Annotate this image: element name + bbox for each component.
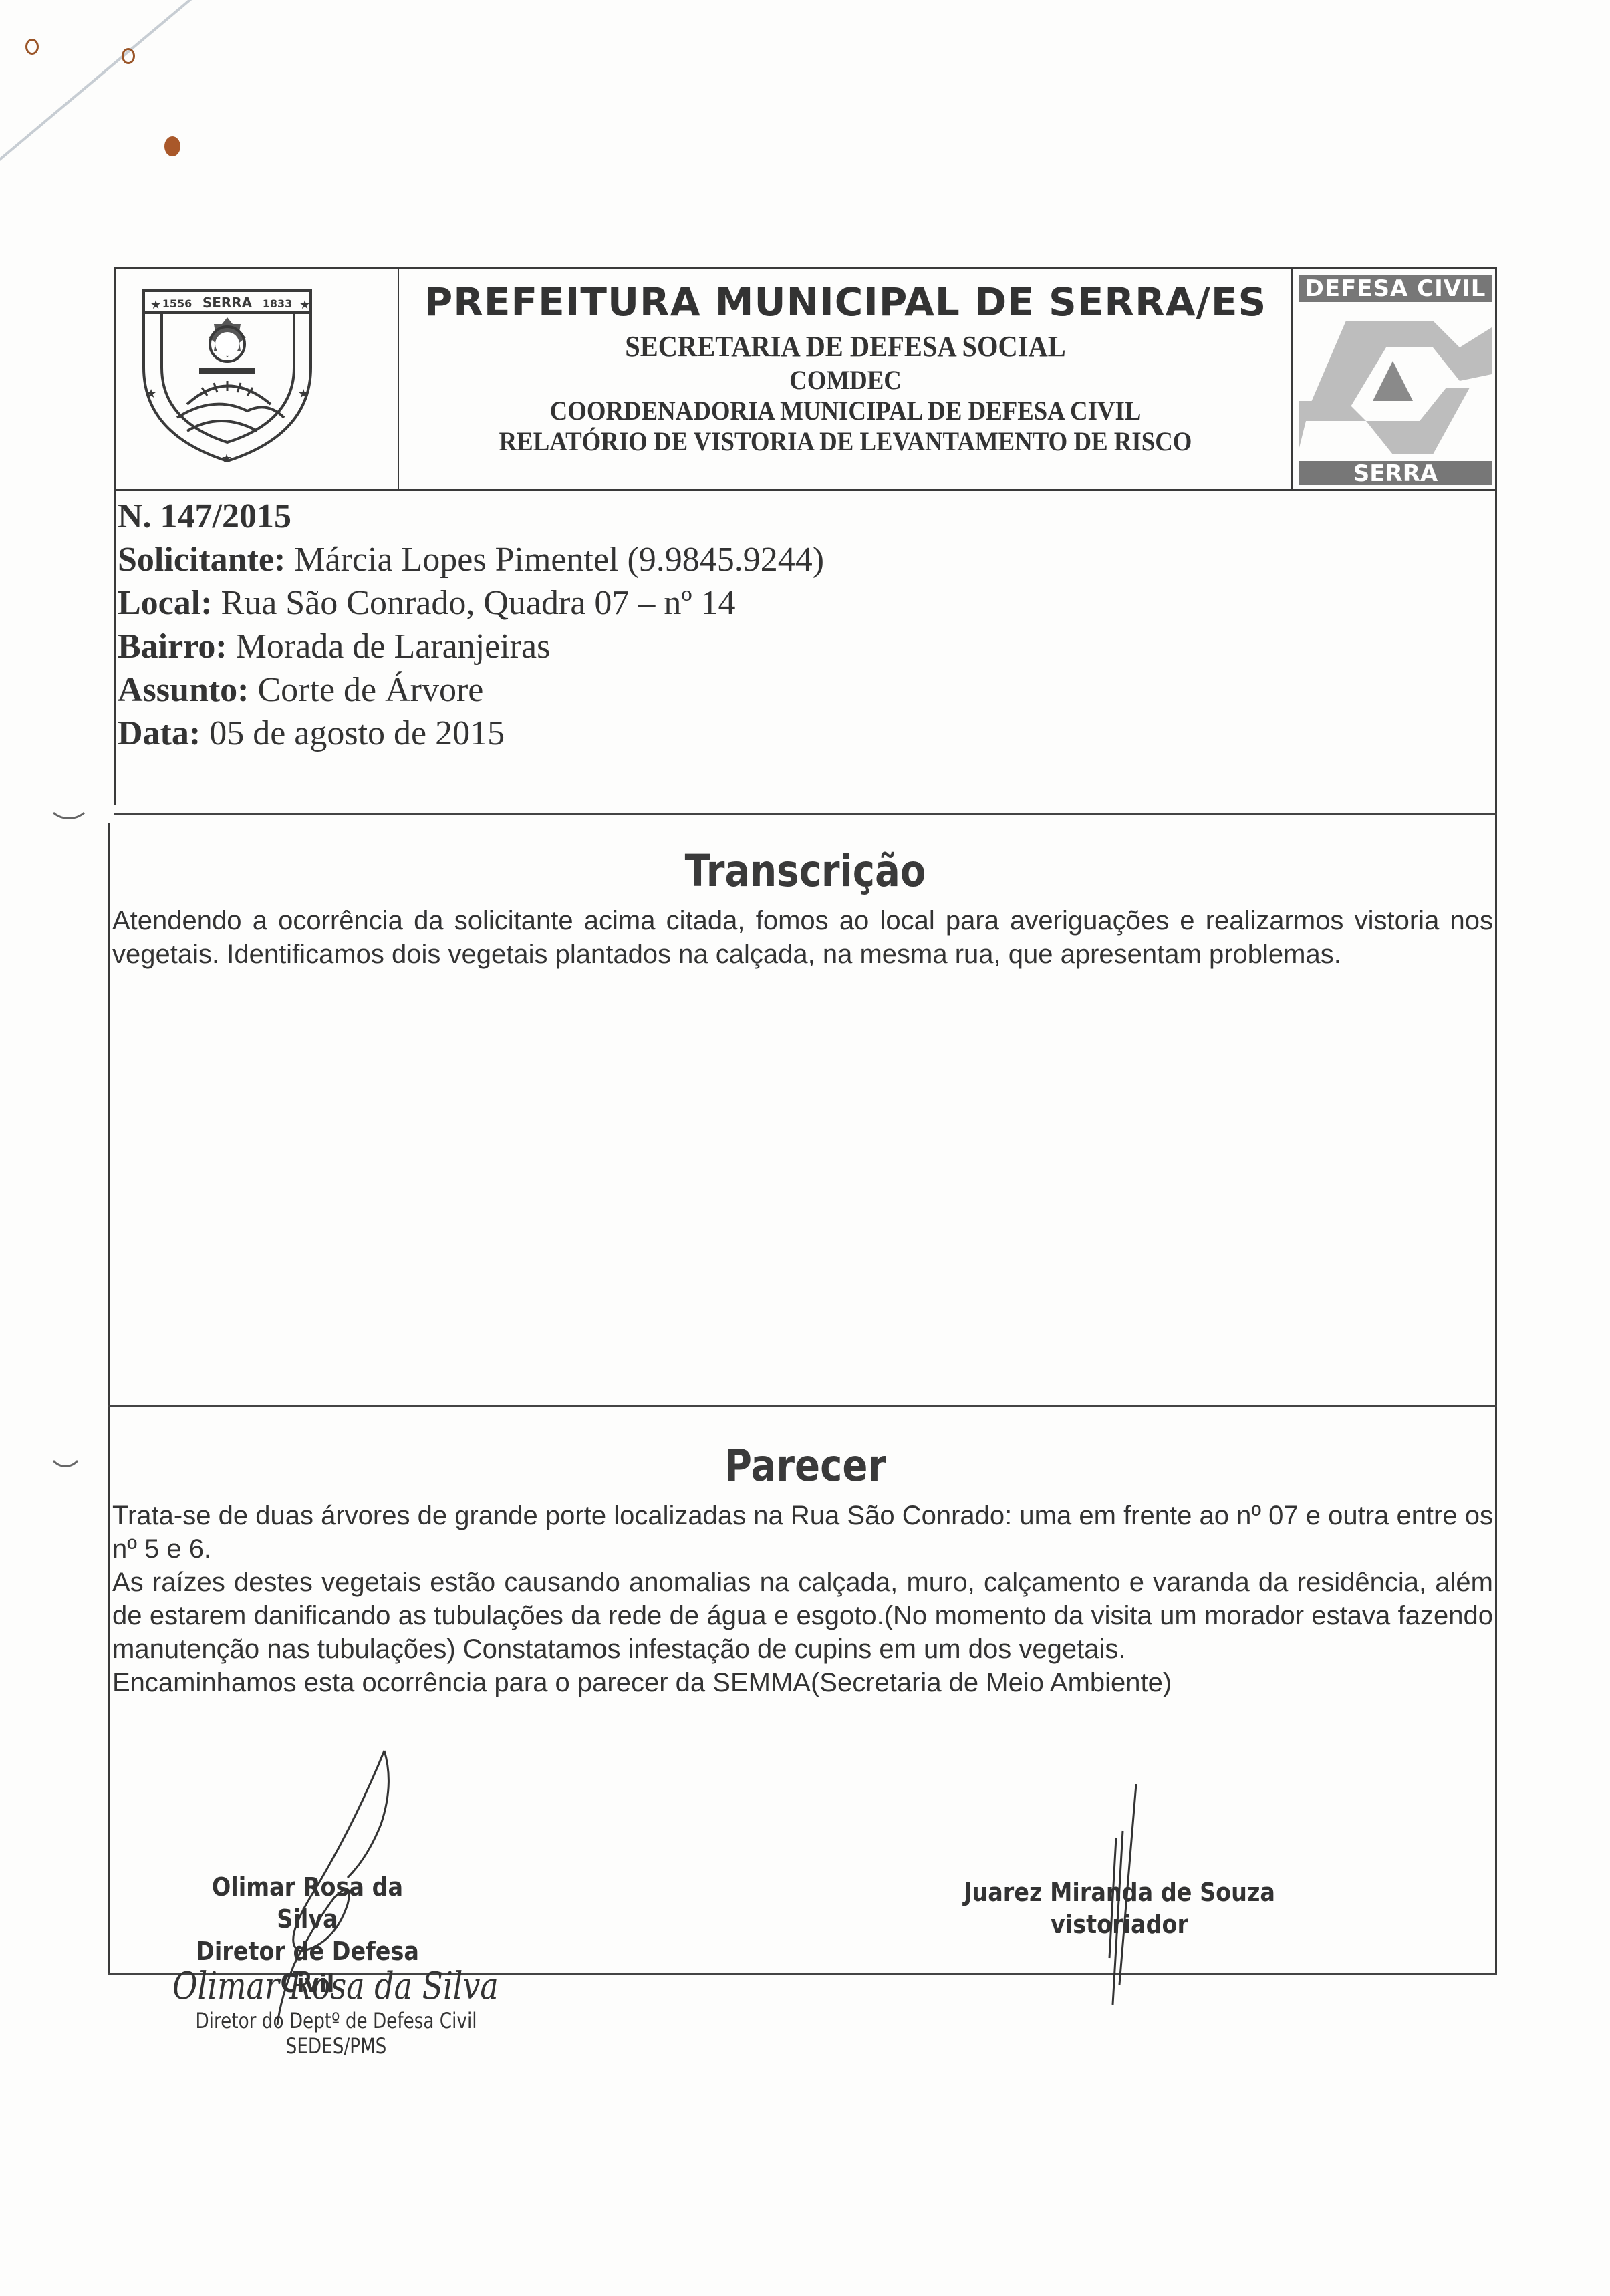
signer-name: Juarez Miranda de Souza: [952, 1876, 1287, 1908]
margin-mark: [47, 1423, 84, 1467]
crest-cell: SERRA 1556 1833 ★ ★ ★ ★ ★: [114, 267, 399, 491]
frame-left-border-lower: [108, 823, 110, 1975]
signature-block-inspector: Juarez Miranda de Souza vistoriador: [952, 1876, 1287, 1941]
coordination-title: COORDENADORIA MUNICIPAL DE DEFESA CIVIL: [436, 396, 1254, 426]
svg-text:★: ★: [146, 387, 156, 400]
field-data: Data: 05 de agosto de 2015: [118, 712, 824, 755]
section-divider: [108, 1405, 1497, 1407]
stamp-unit: SEDES/PMS: [186, 2033, 487, 2059]
field-solicitante: Solicitante: Márcia Lopes Pimentel (9.98…: [118, 538, 824, 581]
signer-name: Olimar Rosa da Silva: [178, 1871, 436, 1935]
parecer-paragraph: Trata-se de duas árvores de grande porte…: [112, 1499, 1493, 1566]
punch-hole-mark: [25, 39, 39, 55]
report-type: RELATÓRIO DE VISTORIA DE LEVANTAMENTO DE…: [436, 426, 1254, 457]
field-local: Local: Rua São Conrado, Quadra 07 – nº 1…: [118, 581, 824, 625]
parecer-paragraph: Encaminhamos esta ocorrência para o pare…: [112, 1666, 1493, 1699]
report-number: N. 147/2015: [118, 494, 824, 538]
svg-text:1833: 1833: [263, 297, 293, 310]
parecer-title: Parecer: [217, 1440, 1393, 1491]
defesa-civil-logo: DEFESA CIVIL SERRA: [1291, 267, 1497, 491]
director-stamp: Olimar Rosa da Silva Diretor do Deptº de…: [172, 1965, 520, 2059]
org-title: PREFEITURA MUNICIPAL DE SERRA/ES: [401, 275, 1290, 329]
frame-right-border: [1495, 491, 1497, 1975]
transcricao-text: Atendendo a ocorrência da solicitante ac…: [112, 904, 1493, 971]
transcricao-title: Transcrição: [217, 845, 1393, 897]
margin-mark: [47, 782, 91, 819]
punch-hole-mark: [122, 48, 135, 64]
defesa-civil-emblem-icon: [1299, 307, 1492, 458]
coat-of-arms-icon: SERRA 1556 1833 ★ ★ ★ ★ ★: [114, 267, 399, 491]
stamp-name: Olimar Rosa da Silva: [172, 1965, 457, 2008]
stamp-title: Diretor do Deptº de Defesa Civil: [186, 2008, 487, 2033]
parecer-text: Trata-se de duas árvores de grande porte…: [112, 1499, 1493, 1699]
header-title-block: PREFEITURA MUNICIPAL DE SERRA/ES SECRETA…: [401, 275, 1290, 457]
logo-bottom-banner: SERRA: [1299, 461, 1492, 485]
parecer-paragraph: As raízes destes vegetais estão causando…: [112, 1566, 1493, 1666]
report-meta: N. 147/2015 Solicitante: Márcia Lopes Pi…: [118, 494, 824, 755]
section-divider: [114, 813, 1497, 815]
svg-text:★: ★: [221, 452, 232, 465]
field-bairro: Bairro: Morada de Laranjeiras: [118, 625, 824, 668]
svg-text:★: ★: [298, 387, 309, 400]
secretariat-title: SECRETARIA DE DEFESA SOCIAL: [436, 329, 1254, 365]
frame-left-border: [114, 491, 116, 805]
svg-text:SERRA: SERRA: [203, 295, 253, 311]
svg-text:★: ★: [150, 298, 161, 311]
acronym: COMDEC: [436, 365, 1254, 396]
svg-text:★: ★: [299, 298, 310, 311]
rust-stain: [164, 136, 180, 156]
svg-text:1556: 1556: [162, 297, 192, 310]
signer-role: vistoriador: [952, 1908, 1287, 1941]
field-assunto: Assunto: Corte de Árvore: [118, 668, 824, 712]
logo-top-banner: DEFESA CIVIL: [1299, 275, 1492, 302]
